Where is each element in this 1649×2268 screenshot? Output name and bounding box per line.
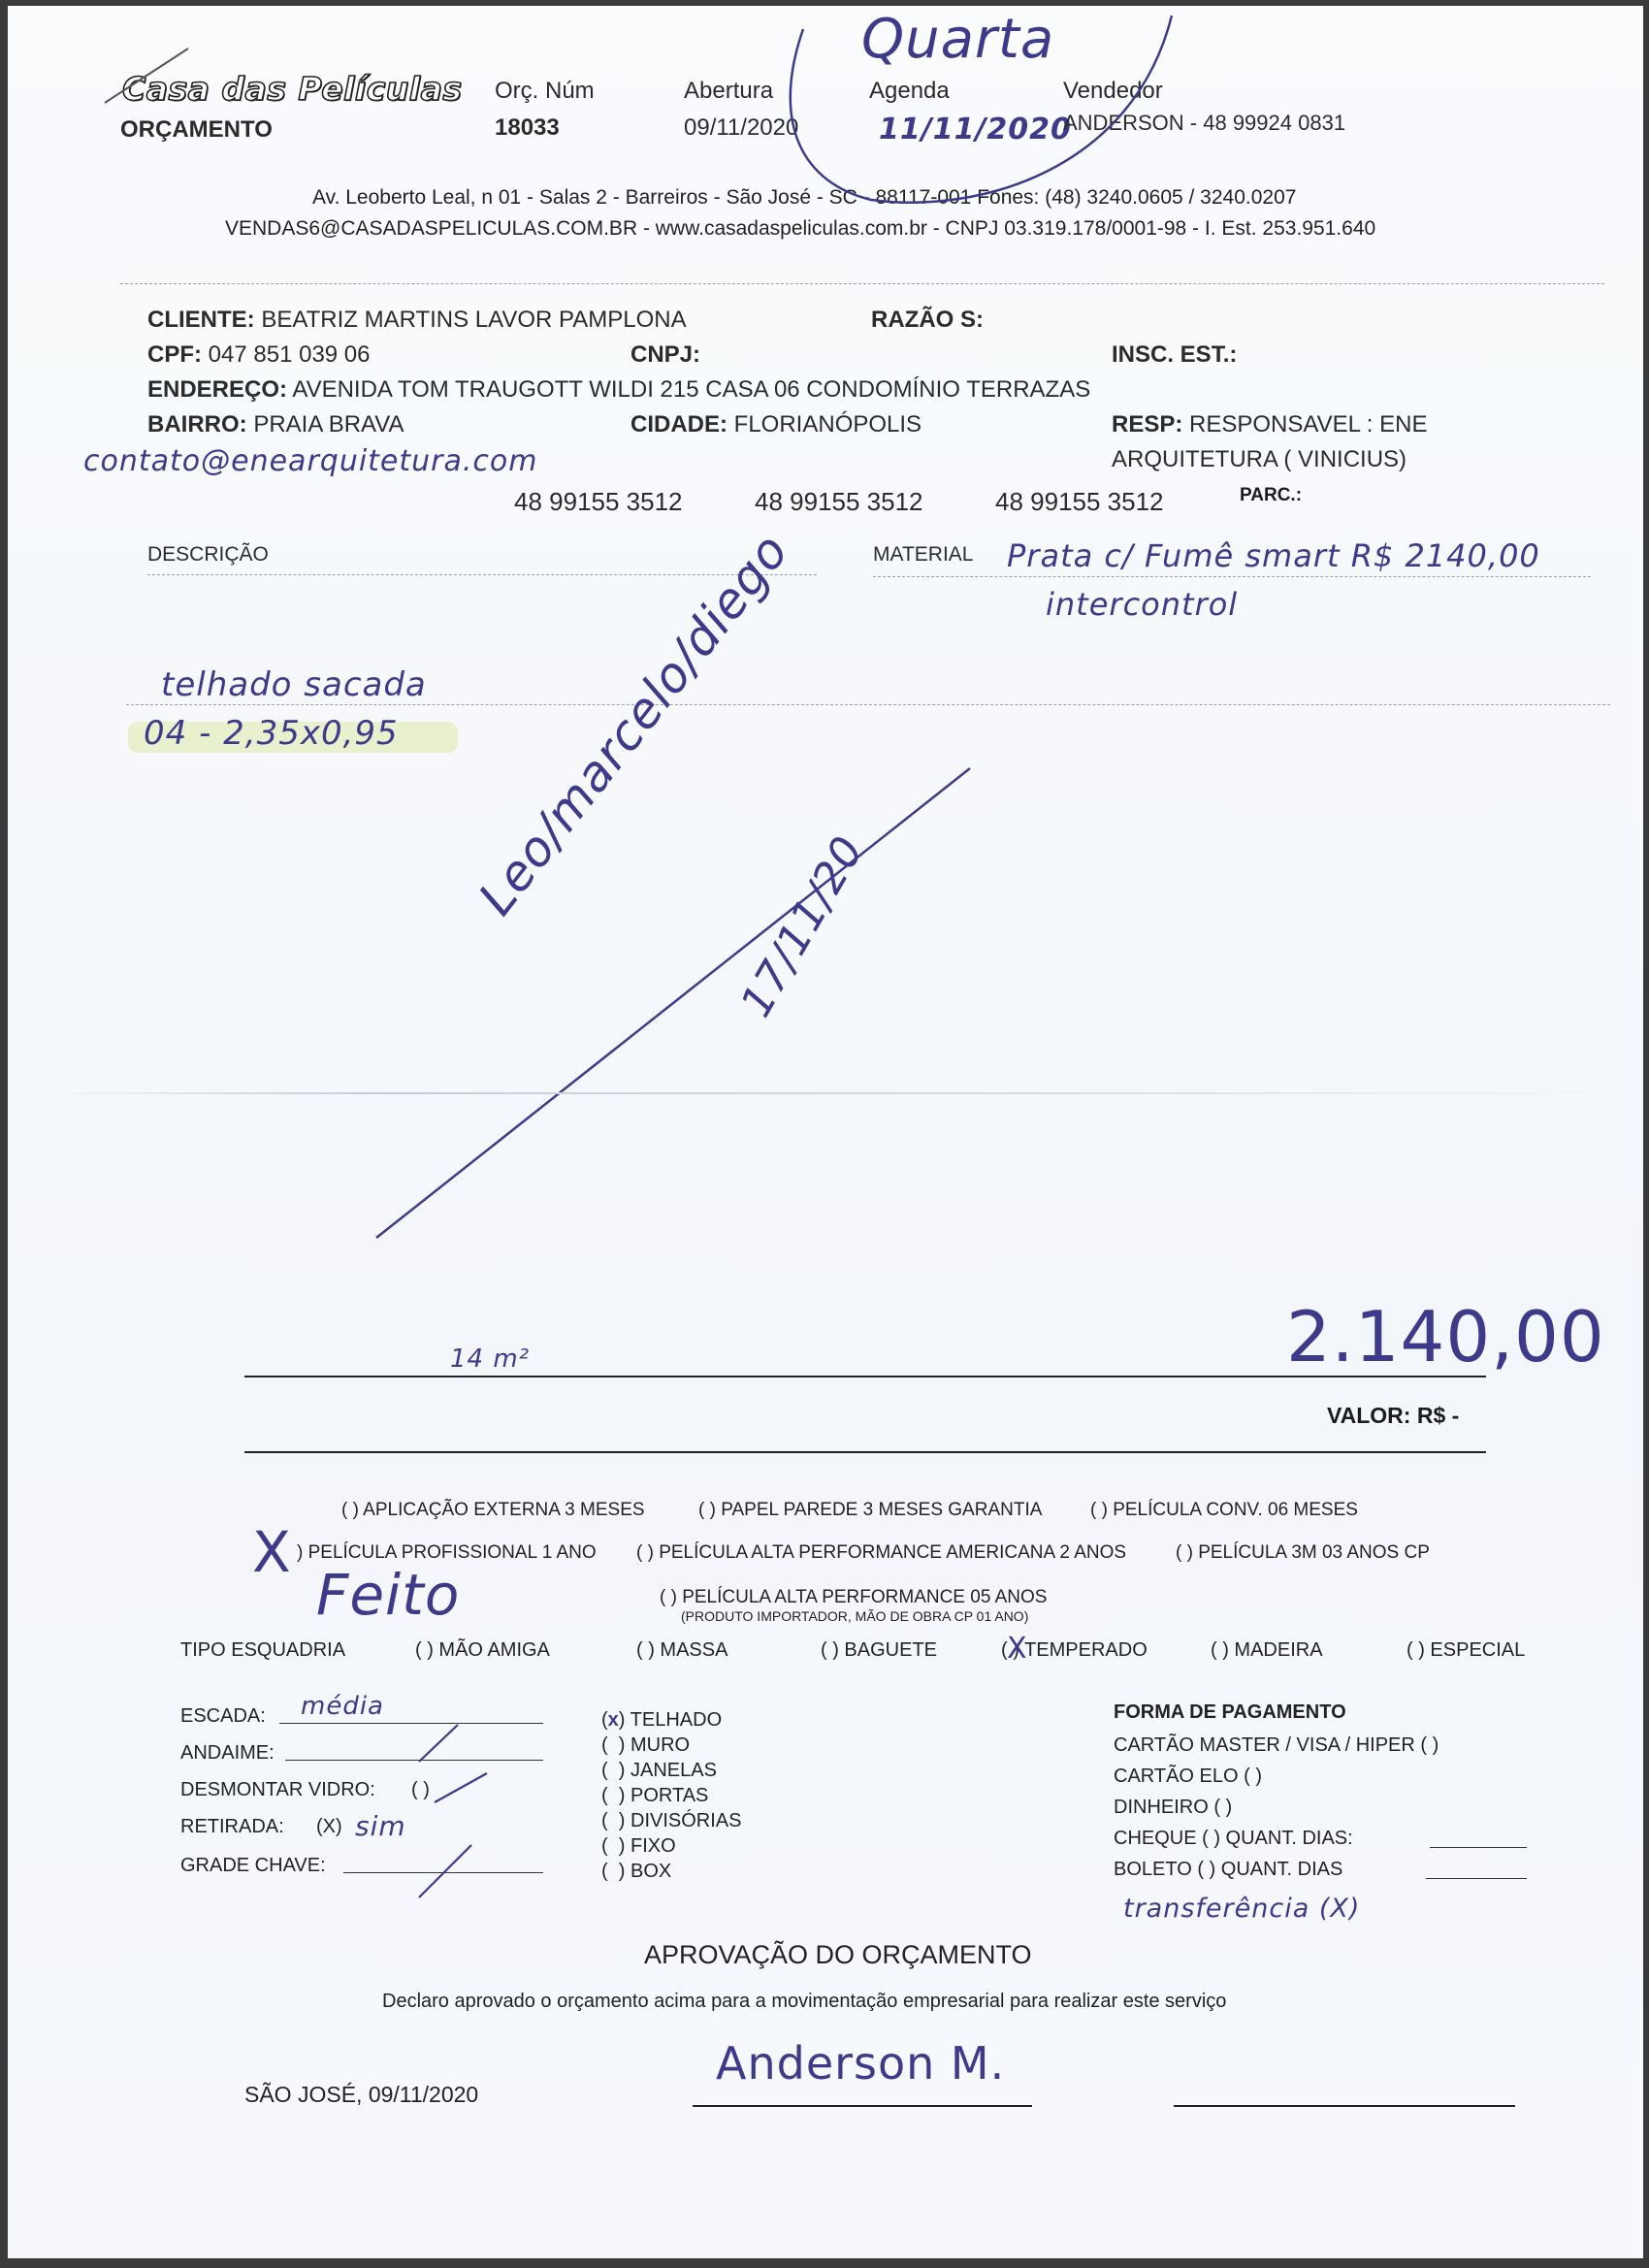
payment-option-boleto[interactable]: BOLETO ( ) QUANT. DIAS — [1114, 1859, 1342, 1881]
payment-handwritten-transfer: transferência (X) — [1123, 1894, 1360, 1924]
client-signature-line[interactable] — [1174, 2105, 1515, 2107]
location-muro[interactable]: ( ) MURO — [601, 1733, 741, 1758]
location-label: PORTAS — [630, 1785, 708, 1806]
seller-signature: Anderson M. — [716, 2037, 1005, 2090]
dash-strokes — [8, 6, 1649, 2268]
location-label: JANELAS — [630, 1760, 717, 1781]
location-label: FIXO — [630, 1835, 676, 1857]
location-label: TELHADO — [630, 1709, 722, 1731]
approval-title: APROVAÇÃO DO ORÇAMENTO — [644, 1940, 1032, 1970]
location-label: BOX — [630, 1861, 671, 1882]
location-box[interactable]: ( ) BOX — [601, 1859, 741, 1884]
approval-place-date: SÃO JOSÉ, 09/11/2020 — [244, 2082, 478, 2108]
location-telhado[interactable]: (x) TELHADO — [601, 1707, 741, 1733]
location-janelas[interactable]: ( ) JANELAS — [601, 1758, 741, 1783]
location-list: (x) TELHADO ( ) MURO ( ) JANELAS ( ) POR… — [601, 1707, 741, 1884]
payment-option-elo[interactable]: CARTÃO ELO ( ) — [1114, 1766, 1262, 1788]
location-divisorias[interactable]: ( ) DIVISÓRIAS — [601, 1808, 741, 1833]
location-label: DIVISÓRIAS — [630, 1810, 741, 1831]
payment-option-cheque[interactable]: CHEQUE ( ) QUANT. DIAS: — [1114, 1828, 1353, 1850]
location-checkbox[interactable]: (x) — [601, 1709, 625, 1731]
boleto-days-line — [1426, 1878, 1527, 1879]
payment-option-dinheiro[interactable]: DINHEIRO ( ) — [1114, 1797, 1232, 1819]
payment-title: FORMA DE PAGAMENTO — [1114, 1701, 1346, 1724]
cheque-days-line — [1430, 1847, 1527, 1848]
location-fixo[interactable]: ( ) FIXO — [601, 1833, 741, 1859]
document-page: Casa das Películas ORÇAMENTO Orç. Núm 18… — [8, 6, 1643, 2258]
approval-statement: Declaro aprovado o orçamento acima para … — [382, 1991, 1226, 2013]
location-label: MURO — [630, 1734, 690, 1756]
seller-signature-line — [693, 2105, 1032, 2107]
location-portas[interactable]: ( ) PORTAS — [601, 1783, 741, 1808]
payment-option-cartao[interactable]: CARTÃO MASTER / VISA / HIPER ( ) — [1114, 1734, 1439, 1757]
